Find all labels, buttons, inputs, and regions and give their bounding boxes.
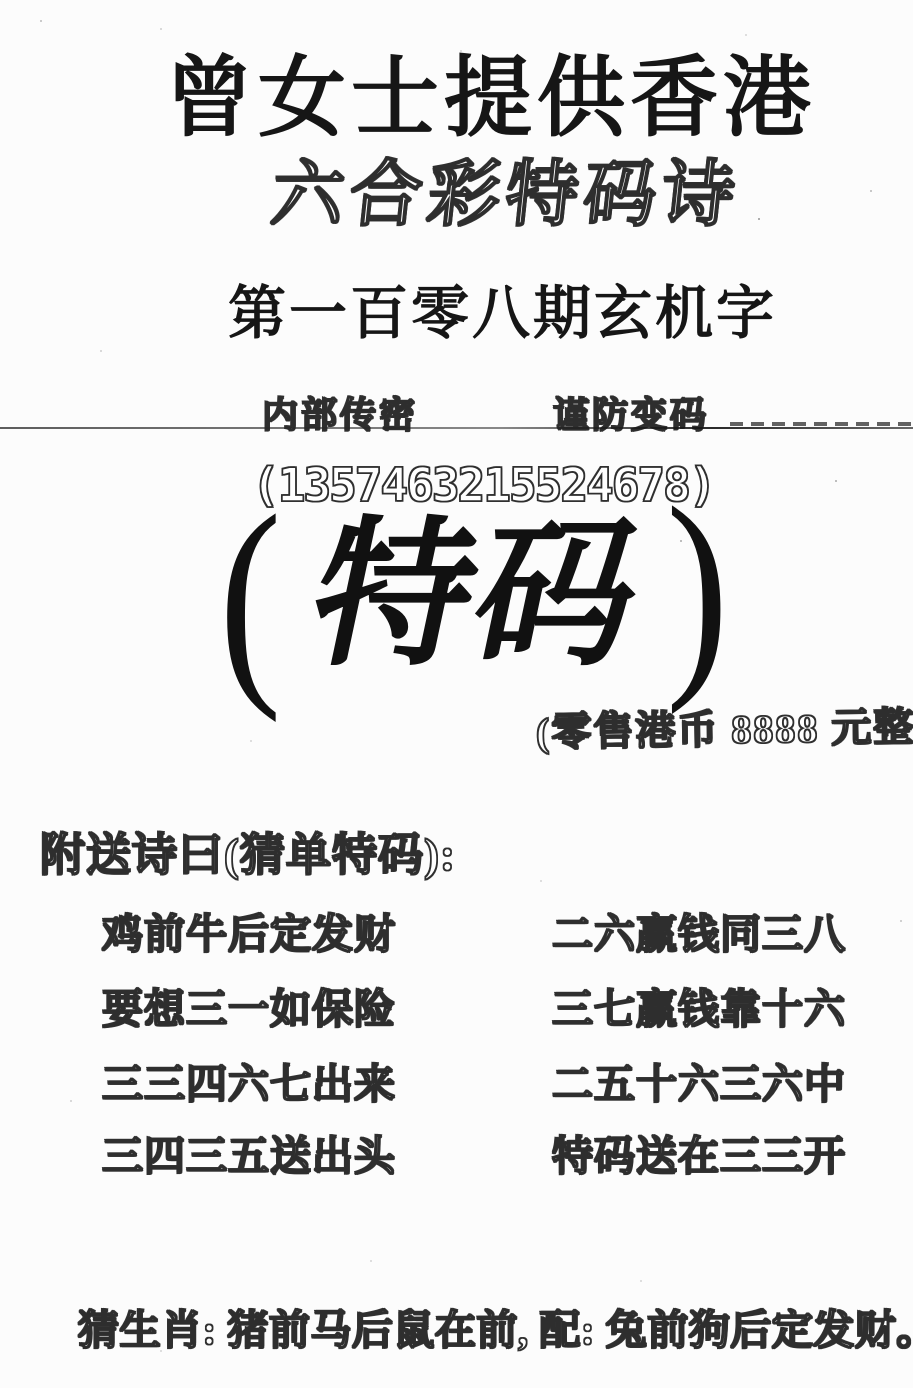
page-title: 曾女士提供香港 xyxy=(165,52,816,149)
page-subtitle: 六合彩特码诗 xyxy=(268,158,744,234)
notice-beware-fake-codes: 谨防变码 xyxy=(553,396,709,436)
poem-row: 三三四六七出来 二五十六三六中 xyxy=(0,1051,913,1111)
poem-row: 三四三五送出头 特码送在三三开 xyxy=(0,1123,913,1183)
paren-close-glyph: ) xyxy=(666,490,729,686)
paren-open-glyph: ( xyxy=(219,498,282,694)
poem-left-verse: 要想三一如保险 xyxy=(102,976,396,1035)
price-note: (零售港币 8888 元整) xyxy=(536,703,913,757)
ruled-scan-line-dashes xyxy=(730,422,913,426)
zodiac-hint: 猜生肖: 猪前马后鼠在前, 配: 兔前狗后定发财。 xyxy=(78,1306,913,1355)
period-heading: 第一百零八期玄机字 xyxy=(228,282,777,346)
poem-right-verse: 特码送在三三开 xyxy=(552,1123,846,1182)
poem-left-verse: 鸡前牛后定发财 xyxy=(102,901,396,960)
ruled-scan-line xyxy=(0,427,913,429)
poem-right-verse: 三七赢钱靠十六 xyxy=(552,976,846,1035)
poem-left-verse: 三四三五送出头 xyxy=(102,1123,396,1182)
special-code-group: ( 特码 ) xyxy=(212,498,735,694)
scan-noise xyxy=(40,20,42,22)
special-code-text: 特码 xyxy=(294,498,660,694)
poem-right-verse: 二五十六三六中 xyxy=(552,1051,846,1110)
poem-row: 鸡前牛后定发财 二六赢钱同三八 xyxy=(0,901,913,961)
poem-right-verse: 二六赢钱同三八 xyxy=(552,901,846,960)
scanned-flyer-page: 曾女士提供香港 六合彩特码诗 第一百零八期玄机字 内部传密 谨防变码 (1357… xyxy=(0,0,913,1388)
poem-left-verse: 三三四六七出来 xyxy=(102,1051,396,1110)
notice-internal-secret: 内部传密 xyxy=(262,396,418,436)
poem-row: 要想三一如保险 三七赢钱靠十六 xyxy=(0,976,913,1036)
poems-header: 附送诗曰(猜单特码): xyxy=(40,830,456,882)
